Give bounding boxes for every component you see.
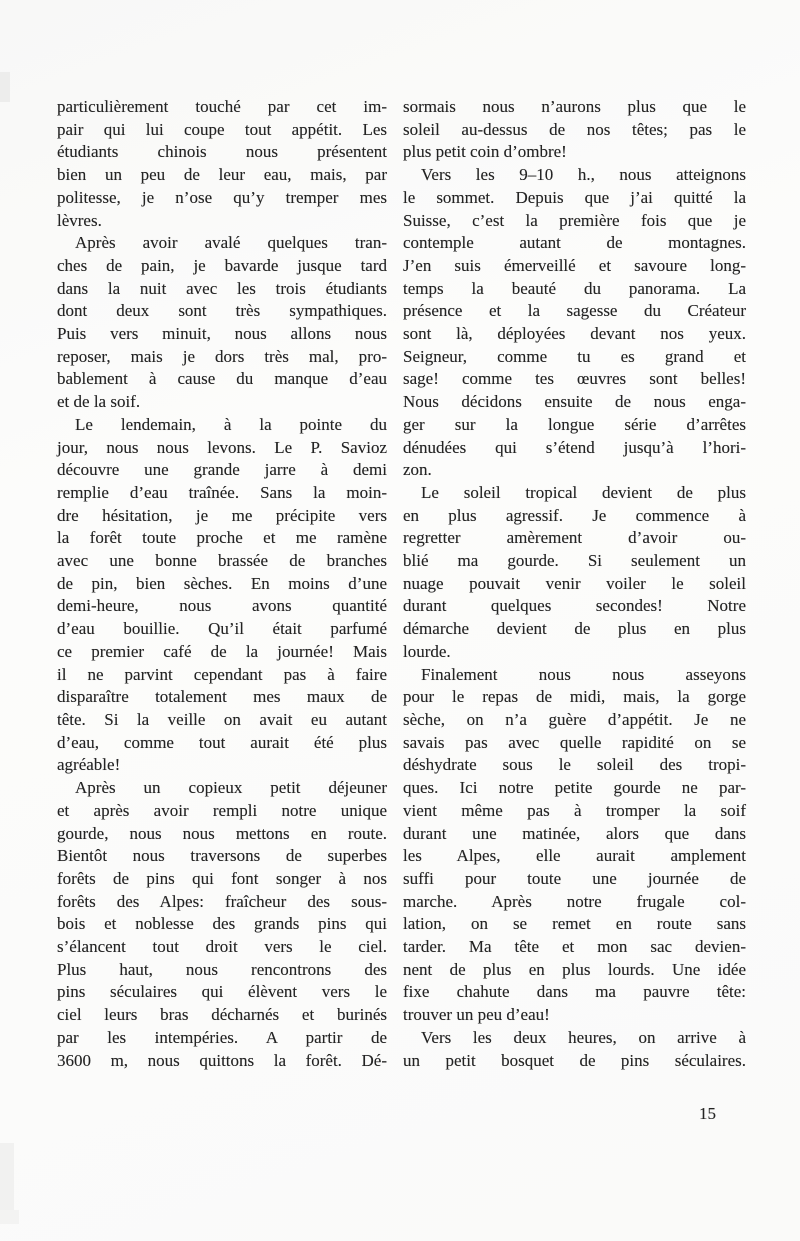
text-line: forêts de pins qui font songer à nos: [57, 868, 387, 891]
text-line: par les intempéries. A partir de: [57, 1027, 387, 1050]
text-line: politesse, je n’ose qu’y tremper mes: [57, 187, 387, 210]
text-line: Bientôt nous traversons de superbes: [57, 845, 387, 868]
scan-artifact: [0, 1143, 14, 1217]
text-line: présence et la sagesse du Créateur: [403, 300, 746, 323]
text-line: de pin, bien sèches. En moins d’une: [57, 573, 387, 596]
text-line: découvre une grande jarre à demi: [57, 459, 387, 482]
text-line: sèche, on n’a guère d’appétit. Je ne: [403, 709, 746, 732]
text-line: durant une matinée, alors que dans: [403, 823, 746, 846]
text-line: démarche devient de plus en plus: [403, 618, 746, 641]
text-line: Suisse, c’est la première fois que je: [403, 210, 746, 233]
text-line: tarder. Ma tête et mon sac devien-: [403, 936, 746, 959]
text-line: Le lendemain, à la pointe du: [57, 414, 387, 437]
text-line: trouver un peu d’eau!: [403, 1004, 746, 1027]
text-line: étudiants chinois nous présentent: [57, 141, 387, 164]
text-line: reposer, mais je dors très mal, pro-: [57, 346, 387, 369]
text-line: disparaître totalement mes maux de: [57, 686, 387, 709]
text-line: déshydrate sous le soleil des tropi-: [403, 754, 746, 777]
text-line: et de la soif.: [57, 391, 387, 414]
text-line: bablement à cause du manque d’eau: [57, 368, 387, 391]
text-line: Après avoir avalé quelques tran-: [57, 232, 387, 255]
text-line: s’élancent tout droit vers le ciel.: [57, 936, 387, 959]
text-line: remplie d’eau traînée. Sans la moin-: [57, 482, 387, 505]
text-line: zon.: [403, 459, 746, 482]
text-line: pour le repas de midi, mais, la gorge: [403, 686, 746, 709]
text-line: lourde.: [403, 641, 746, 664]
text-line: avec une bonne brassée de branches: [57, 550, 387, 573]
text-line: le sommet. Depuis que j’ai quitté la: [403, 187, 746, 210]
text-line: sormais nous n’aurons plus que le: [403, 96, 746, 119]
text-column-left: particulièrement touché par cet im-pair …: [57, 96, 387, 1072]
text-line: Seigneur, comme tu es grand et: [403, 346, 746, 369]
text-line: et après avoir rempli notre unique: [57, 800, 387, 823]
text-line: d’eau, comme tout aurait été plus: [57, 732, 387, 755]
scan-artifact: [0, 72, 10, 102]
text-column-right: sormais nous n’aurons plus que lesoleil …: [403, 96, 746, 1072]
text-line: Nous décidons ensuite de nous enga-: [403, 391, 746, 414]
text-line: gourde, nous nous mettons en route.: [57, 823, 387, 846]
text-line: marche. Après notre frugale col-: [403, 891, 746, 914]
text-line: soleil au-dessus de nos têtes; pas le: [403, 119, 746, 142]
text-line: Le soleil tropical devient de plus: [403, 482, 746, 505]
text-line: nuage pouvait venir voiler le soleil: [403, 573, 746, 596]
text-line: pins séculaires qui élèvent vers le: [57, 981, 387, 1004]
text-line: plus petit coin d’ombre!: [403, 141, 746, 164]
text-line: suffi pour toute une journée de: [403, 868, 746, 891]
text-line: les Alpes, elle aurait amplement: [403, 845, 746, 868]
text-line: d’eau bouillie. Qu’il était parfumé: [57, 618, 387, 641]
text-line: un petit bosquet de pins séculaires.: [403, 1050, 746, 1073]
text-line: tête. Si la veille on avait eu autant: [57, 709, 387, 732]
text-line: contemple autant de montagnes.: [403, 232, 746, 255]
text-line: dre hésitation, je me précipite vers: [57, 505, 387, 528]
scan-artifact: [0, 1210, 19, 1224]
text-line: pair qui lui coupe tout appétit. Les: [57, 119, 387, 142]
text-line: blié ma gourde. Si seulement un: [403, 550, 746, 573]
text-line: ger sur la longue série d’arrêtes: [403, 414, 746, 437]
text-line: ques. Ici notre petite gourde ne par-: [403, 777, 746, 800]
text-line: lation, on se remet en route sans: [403, 913, 746, 936]
text-line: demi-heure, nous avons quantité: [57, 595, 387, 618]
text-line: particulièrement touché par cet im-: [57, 96, 387, 119]
text-line: dans la nuit avec les trois étudiants: [57, 278, 387, 301]
text-line: il ne parvint cependant pas à faire: [57, 664, 387, 687]
text-line: ce premier café de la journée! Mais: [57, 641, 387, 664]
text-line: dont deux sont très sympathiques.: [57, 300, 387, 323]
text-line: Vers les deux heures, on arrive à: [403, 1027, 746, 1050]
text-line: lèvres.: [57, 210, 387, 233]
text-line: savais pas avec quelle rapidité on se: [403, 732, 746, 755]
text-line: temps la beauté du panorama. La: [403, 278, 746, 301]
text-line: Vers les 9–10 h., nous atteignons: [403, 164, 746, 187]
text-line: la forêt toute proche et me ramène: [57, 527, 387, 550]
text-line: agréable!: [57, 754, 387, 777]
text-line: durant quelques secondes! Notre: [403, 595, 746, 618]
text-line: forêts des Alpes: fraîcheur des sous-: [57, 891, 387, 914]
text-line: sage! comme tes œuvres sont belles!: [403, 368, 746, 391]
text-line: ches de pain, je bavarde jusque tard: [57, 255, 387, 278]
text-line: nent de plus en plus lourds. Une idée: [403, 959, 746, 982]
book-page: particulièrement touché par cet im-pair …: [0, 0, 800, 1241]
page-number: 15: [403, 1103, 716, 1126]
text-line: bien un peu de leur eau, mais, par: [57, 164, 387, 187]
text-line: jour, nous nous levons. Le P. Savioz: [57, 437, 387, 460]
text-line: 3600 m, nous quittons la forêt. Dé-: [57, 1050, 387, 1073]
text-line: en plus agressif. Je commence à: [403, 505, 746, 528]
text-line: Finalement nous nous asseyons: [403, 664, 746, 687]
text-line: Plus haut, nous rencontrons des: [57, 959, 387, 982]
text-line: fixe chahute dans ma pauvre tête:: [403, 981, 746, 1004]
text-line: dénudées qui s’étend jusqu’à l’hori-: [403, 437, 746, 460]
text-line: J’en suis émerveillé et savoure long-: [403, 255, 746, 278]
text-line: Après un copieux petit déjeuner: [57, 777, 387, 800]
text-line: ciel leurs bras décharnés et burinés: [57, 1004, 387, 1027]
text-line: bois et noblesse des grands pins qui: [57, 913, 387, 936]
text-line: vient même pas à tromper la soif: [403, 800, 746, 823]
text-line: Puis vers minuit, nous allons nous: [57, 323, 387, 346]
text-line: sont là, déployées devant nos yeux.: [403, 323, 746, 346]
text-line: regretter amèrement d’avoir ou-: [403, 527, 746, 550]
